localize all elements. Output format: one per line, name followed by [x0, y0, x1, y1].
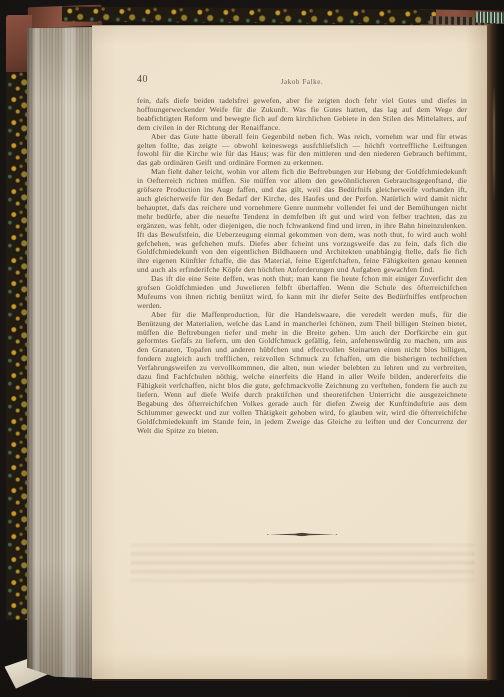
body-text: fein, dafs diefe beiden tadelsfrei gewef… [137, 97, 467, 435]
book-scan-photo: 40 Jakob Falke. fein, dafs diefe beiden … [0, 0, 504, 697]
body-paragraph: fein, dafs diefe beiden tadelsfrei gewef… [137, 97, 467, 133]
book-page: 40 Jakob Falke. fein, dafs diefe beiden … [92, 25, 489, 679]
reverse-side-show-through [130, 543, 475, 585]
gutter-shadow [487, 24, 504, 680]
marbled-cover-left-edge [6, 72, 29, 620]
body-paragraph: Aber das Gute hatte überall fein Gegenbi… [137, 133, 467, 169]
book-page-edges [27, 27, 93, 678]
body-paragraph: Das ift die eine Seite deffen, was noth … [137, 275, 467, 311]
spine-crease-highlight [493, 84, 495, 204]
body-paragraph: Aber für die Maffenproduction, für die H… [137, 311, 467, 436]
swelled-rule-ornament-icon [267, 531, 337, 538]
endband [476, 12, 504, 24]
marbled-cover-top-edge [62, 6, 436, 24]
running-head: Jakob Falke. [137, 78, 467, 86]
body-paragraph: Man fieht daher leicht, wohin vor allem … [137, 168, 467, 275]
